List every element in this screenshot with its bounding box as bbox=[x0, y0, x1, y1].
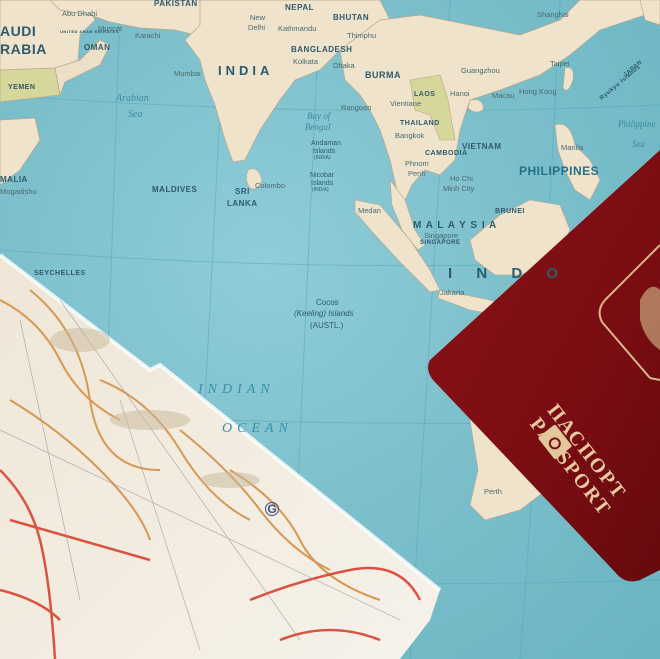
label-india: INDIA bbox=[218, 64, 273, 77]
road-atlas bbox=[0, 255, 440, 659]
label-andaman-india: (INDIA) bbox=[314, 156, 331, 161]
label-maldives: MALDIVES bbox=[152, 186, 197, 194]
label-nicobar-india: (INDIA) bbox=[312, 188, 329, 193]
city-singapore: Singapore bbox=[424, 232, 458, 240]
label-pakistan: PAKISTAN bbox=[154, 0, 198, 8]
city-thimphu: Thimphu bbox=[347, 32, 376, 40]
city-colombo: Colombo bbox=[255, 182, 285, 190]
label-andaman: Andaman bbox=[311, 140, 341, 147]
city-macau: Macau bbox=[492, 92, 515, 100]
city-ho-chi: Ho Chi bbox=[450, 175, 473, 183]
label-arabia: RABIA bbox=[0, 42, 47, 56]
label-saudi: AUDI bbox=[0, 24, 36, 38]
label-yemen: YEMEN bbox=[8, 84, 35, 91]
city-jakarta: Jakarta bbox=[440, 289, 465, 297]
label-singapore-country: SINGAPORE bbox=[420, 240, 461, 246]
label-keeling-islands: (Keeling) Islands bbox=[294, 310, 354, 318]
label-philippines: PHILIPPINES bbox=[519, 165, 599, 177]
city-hong-kong: Hong Kong bbox=[519, 88, 557, 96]
label-seychelles: SEYCHELLES bbox=[34, 270, 86, 277]
label-sri: SRI bbox=[235, 188, 250, 196]
label-brunei: BRUNEI bbox=[495, 208, 525, 215]
label-oman: OMAN bbox=[84, 44, 110, 52]
label-andaman-islands: Islands bbox=[313, 148, 335, 155]
city-minh-city: Minh City bbox=[443, 185, 474, 193]
label-arabian-sea: Sea bbox=[128, 110, 142, 120]
label-lanka: LANKA bbox=[227, 200, 258, 208]
label-cocos: Cocos bbox=[316, 299, 339, 307]
city-mogadishu: Mogadishu bbox=[0, 188, 37, 196]
label-bay-of: Bay of bbox=[307, 112, 330, 121]
label-vietnam: VIETNAM bbox=[462, 143, 502, 151]
label-burma: BURMA bbox=[365, 71, 401, 80]
city-taipei: Taipei bbox=[550, 60, 570, 68]
label-austl: (AUSTL.) bbox=[310, 322, 343, 330]
city-vientiane: Vientiane bbox=[390, 100, 421, 108]
city-guangzhou: Guangzhou bbox=[461, 67, 500, 75]
city-kolkata: Kolkata bbox=[293, 58, 318, 66]
label-bengal: Bengal bbox=[305, 123, 331, 132]
label-nicobar-islands: Islands bbox=[311, 180, 333, 187]
city-muscat: Muscat bbox=[98, 25, 122, 33]
label-cambodia: CAMBODIA bbox=[425, 150, 468, 157]
city-phnom: Phnom bbox=[405, 160, 429, 168]
city-mumbai: Mumbai bbox=[174, 70, 201, 78]
label-indian: INDIAN bbox=[198, 383, 275, 397]
city-kathmandu: Kathmandu bbox=[278, 25, 316, 33]
atlas-grid-marker: G bbox=[265, 502, 279, 516]
city-abu-dhabi: Abu Dhabi bbox=[62, 10, 97, 18]
label-nicobar: Nicobar bbox=[310, 172, 334, 179]
city-karachi: Karachi bbox=[135, 32, 160, 40]
label-arabian: Arabian bbox=[116, 94, 149, 104]
label-philippine: Philippine bbox=[618, 120, 656, 129]
city-manila: Manila bbox=[561, 144, 583, 152]
label-bangladesh: BANGLADESH bbox=[291, 46, 352, 54]
label-laos: LAOS bbox=[414, 91, 435, 98]
city-dhaka: Dhaka bbox=[333, 62, 355, 70]
city-perth: Perth bbox=[484, 488, 502, 496]
label-ocean: OCEAN bbox=[222, 422, 293, 436]
label-malaysia: M A L A Y S I A bbox=[413, 221, 497, 231]
label-thailand: THAILAND bbox=[400, 120, 440, 127]
label-somalia: MALIA bbox=[0, 176, 28, 184]
city-delhi: Delhi bbox=[248, 24, 265, 32]
label-indonesia: I N D O bbox=[448, 266, 568, 281]
city-rangoon: Rangoon bbox=[341, 104, 371, 112]
label-bhutan: BHUTAN bbox=[333, 14, 369, 22]
label-philippine-sea: Sea bbox=[632, 140, 645, 149]
city-new: New bbox=[250, 14, 265, 22]
city-medan: Medan bbox=[358, 207, 381, 215]
city-penh: Penh bbox=[408, 170, 426, 178]
label-nepal: NEPAL bbox=[285, 4, 314, 12]
city-hanoi: Hanoi bbox=[450, 90, 470, 98]
photo-scene: ПАСПОРТ PASSPORT AUDI RABIA YEMEN OMAN P… bbox=[0, 0, 660, 659]
city-bangkok: Bangkok bbox=[395, 132, 424, 140]
city-shanghai: Shanghai bbox=[537, 11, 569, 19]
